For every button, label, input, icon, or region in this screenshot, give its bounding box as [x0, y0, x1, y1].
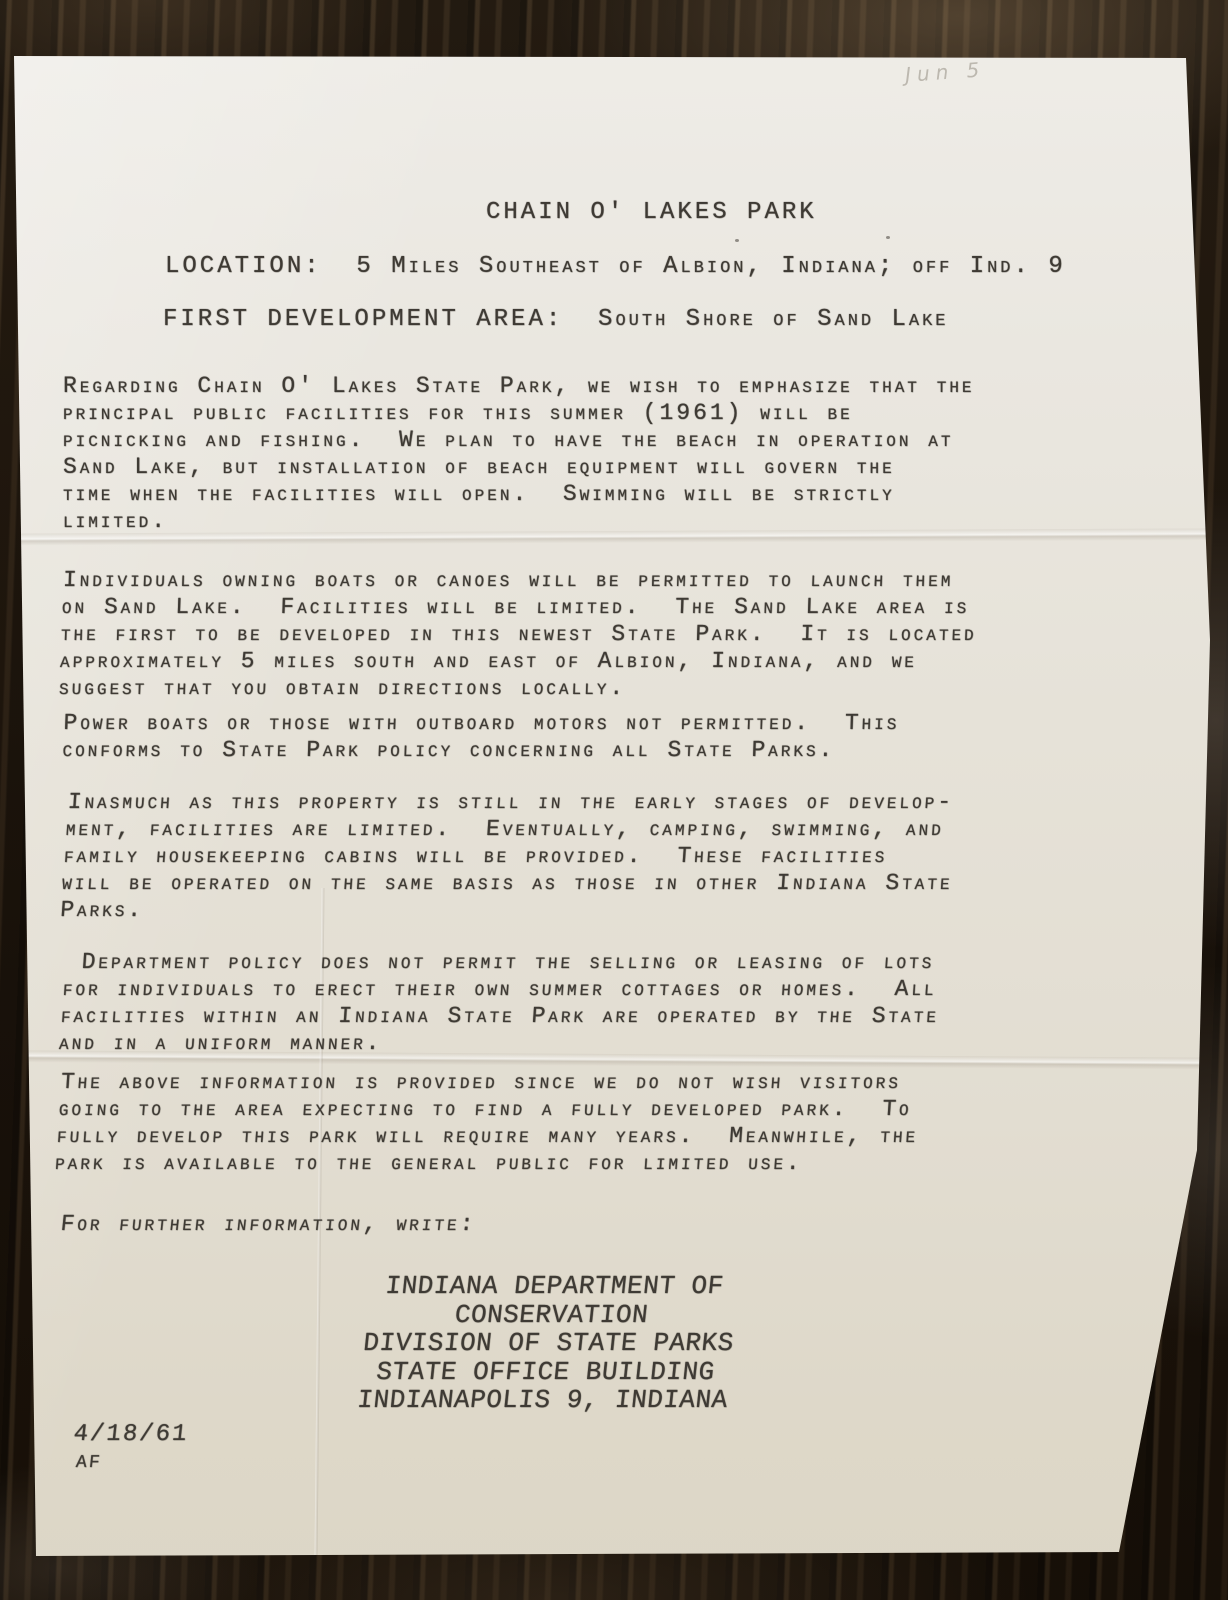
- date-stamp: 4/18/61: [72, 1421, 190, 1448]
- paragraph-power-boats: Power boats or those with outboard motor…: [62, 710, 900, 764]
- ink-speck: [886, 236, 890, 239]
- paragraph-visitor-notice: The above information is provided since …: [54, 1069, 923, 1177]
- pencil-note: Jun 5: [904, 57, 986, 87]
- location-line: LOCATION: 5 Miles Southeast of Albion, I…: [165, 253, 1066, 280]
- paragraph-early-development: Inasmuch as this property is still in th…: [59, 789, 959, 924]
- paragraph-department-policy: Department policy does not permit the se…: [58, 949, 943, 1057]
- ink-speck: [735, 239, 739, 242]
- typist-initials: AF: [75, 1453, 103, 1473]
- paragraph-boats-and-canoes: Individuals owning boats or canoes will …: [59, 567, 979, 702]
- address-block: INDIANA DEPARTMENT OF CONSERVATION DIVIS…: [279, 1272, 818, 1415]
- letter-title: CHAIN O' LAKES PARK: [486, 199, 817, 226]
- further-information-line: For further information, write:: [59, 1211, 478, 1238]
- letter-paper: Jun 5 CHAIN O' LAKES PARK LOCATION: 5 Mi…: [0, 0, 1228, 1600]
- photo-of-letter: Jun 5 CHAIN O' LAKES PARK LOCATION: 5 Mi…: [0, 0, 1228, 1600]
- paragraph-summer-facilities: Regarding Chain O' Lakes State Park, we …: [63, 373, 975, 535]
- development-line: FIRST DEVELOPMENT AREA: South Shore of S…: [163, 306, 949, 333]
